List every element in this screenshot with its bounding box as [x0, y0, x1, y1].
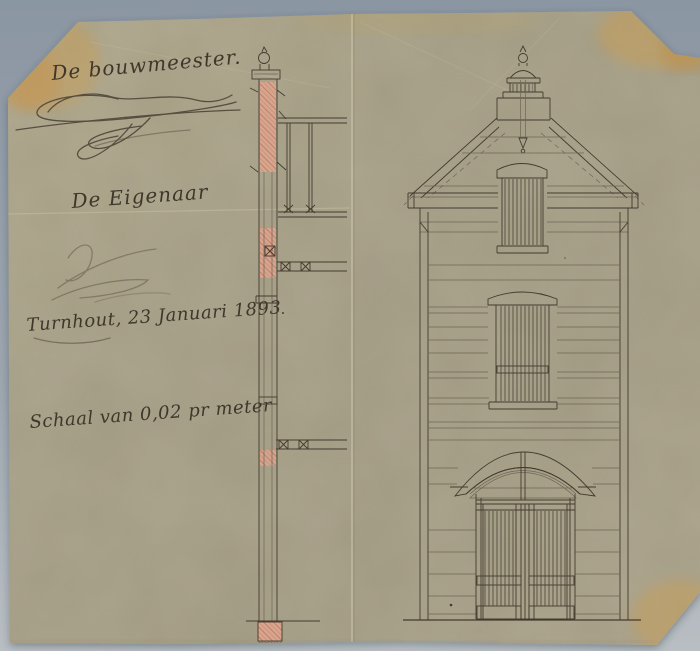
ink-dot-2: [450, 604, 453, 607]
middle-window: [488, 292, 557, 409]
ink-dot-1: [282, 312, 284, 314]
scanned-document: De bouwmeester. De Eigenaar Turnhout, 23…: [0, 0, 700, 651]
ink-dot-3: [564, 257, 566, 259]
